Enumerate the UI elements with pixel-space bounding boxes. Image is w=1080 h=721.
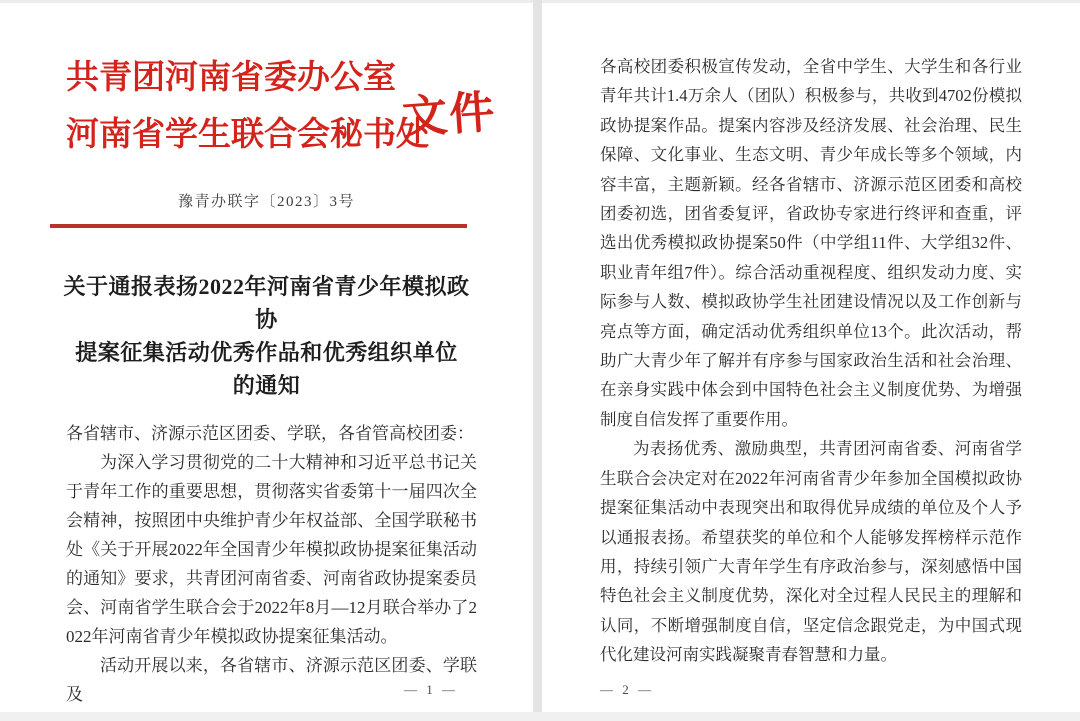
issuer-names: 共青团河南省委办公室 河南省学生联合会秘书处 bbox=[66, 50, 396, 164]
bottom-border bbox=[0, 712, 1080, 721]
title-line-3: 的通知 bbox=[56, 369, 477, 402]
paragraph-1: 为深入学习贯彻党的二十大精神和习近平总书记关于青年工作的重要思想，贯彻落实省委第… bbox=[66, 448, 477, 651]
paragraph-2-continued: 各高校团委积极宣传发动，全省中学生、大学生和各行业青年共计1.4万余人（团队）积… bbox=[600, 52, 1022, 434]
letterhead: 共青团河南省委办公室 河南省学生联合会秘书处 文件 bbox=[0, 3, 533, 164]
doc-number: 豫青办联字〔2023〕3号 bbox=[0, 190, 533, 211]
page-1-number: — 1 — bbox=[404, 682, 458, 698]
page-divider bbox=[533, 0, 542, 721]
document-page-1: 共青团河南省委办公室 河南省学生联合会秘书处 文件 豫青办联字〔2023〕3号 … bbox=[0, 3, 533, 712]
red-separator-rule bbox=[50, 224, 467, 228]
doc-type-label: 文件 bbox=[400, 75, 498, 146]
issuer-name-line-2: 河南省学生联合会秘书处 bbox=[66, 107, 396, 164]
page-2-number: — 2 — bbox=[600, 682, 654, 698]
page-1-body: 各省辖市、济源示范区团委、学联，各省管高校团委： 为深入学习贯彻党的二十大精神和… bbox=[66, 419, 477, 709]
title-line-2: 提案征集活动优秀作品和优秀组织单位 bbox=[56, 336, 477, 369]
salutation: 各省辖市、济源示范区团委、学联，各省管高校团委： bbox=[66, 419, 477, 448]
document-page-2: 各高校团委积极宣传发动，全省中学生、大学生和各行业青年共计1.4万余人（团队）积… bbox=[542, 3, 1080, 712]
paragraph-2-start: 活动开展以来，各省辖市、济源示范区团委、学联及 bbox=[66, 651, 477, 709]
issuer-name-line-1: 共青团河南省委办公室 bbox=[66, 50, 396, 107]
title-line-1: 关于通报表扬2022年河南省青少年模拟政协 bbox=[56, 270, 477, 336]
document-title: 关于通报表扬2022年河南省青少年模拟政协 提案征集活动优秀作品和优秀组织单位 … bbox=[56, 270, 477, 402]
paragraph-3: 为表扬优秀、激励典型，共青团河南省委、河南省学生联合会决定对在2022年河南省青… bbox=[600, 434, 1022, 669]
page-2-body: 各高校团委积极宣传发动，全省中学生、大学生和各行业青年共计1.4万余人（团队）积… bbox=[600, 52, 1022, 670]
